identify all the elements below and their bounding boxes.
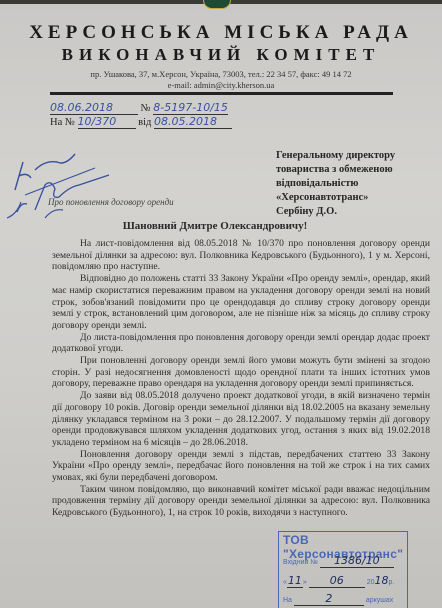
coat-of-arms-emblem [203,0,231,9]
reply-reference: На № 10/370 від 08.05.2018 [50,115,232,129]
recipient-line: товариства з обмеженою [276,163,395,177]
body-paragraph: Таким чином повідомляю, що виконавчий ко… [52,484,430,519]
outgoing-number: 8-5197-10/15 [153,101,228,115]
recipient-line: відповідальністю [276,177,395,191]
body-paragraph: До листа-повідомлення про поновлення дог… [52,332,430,355]
org-name-line1: ХЕРСОНСЬКА МІСЬКА РАДА [0,22,442,44]
outgoing-date: 08.06.2018 [50,101,138,115]
body-paragraph: Відповідно до положень статті 33 Закону … [52,273,430,332]
letterhead-contacts: пр. Ушакова, 37, м.Херсон, Україна, 7300… [0,69,442,91]
body-paragraph: При поновленні договору оренди землі йог… [52,355,430,390]
letter-subject: Про поновлення договору оренди [48,197,174,207]
recipient-line: «Херсонавтотранс» [276,191,395,205]
letter-body: На лист-повідомлення від 08.05.2018 № 10… [52,238,430,519]
outgoing-reference: 08.06.2018 № 8-5197-10/15 [50,101,228,115]
stamp-year-unit: р. [389,579,395,586]
number-label: № [141,103,151,114]
reply-date: 08.05.2018 [154,115,232,129]
body-paragraph: До заяви від 08.05.2018 долучено проект … [52,390,430,449]
body-paragraph: На лист-повідомлення від 08.05.2018 № 10… [52,238,430,273]
recipient-line: Генеральному директору [276,149,395,163]
stamp-year-suffix: 18 [375,574,389,587]
salutation-text: Шановний Дмитре Олександровичу! [90,220,340,232]
body-paragraph: Поновлення договору оренди землі з підст… [52,449,430,484]
stamp-sheets-count: 2 [294,592,364,606]
stamp-year-prefix: 20 [367,579,375,586]
address: пр. Ушакова, 37, м.Херсон, Україна, 7300… [0,69,442,80]
stamp-sheets-row: На 2 аркушах [283,592,393,606]
from-label: від [138,117,151,128]
letterhead-divider [50,92,393,95]
stamp-day: 11 [287,574,303,588]
stamp-incoming-label: Вхідний № [283,559,318,566]
stamp-date-row: «11» 06 2018р. [283,574,394,588]
reply-number: 10/370 [78,115,136,129]
recipient-block: Генеральному директору товариства з обме… [276,149,395,219]
stamp-incoming-number: 1386/10 [320,554,394,568]
handwritten-resolution-icon [5,140,115,220]
reply-label: На № [50,117,75,128]
stamp-sheets-unit: аркушах [366,597,393,604]
recipient-line: Сербіну Д.О. [276,205,395,219]
stamp-incoming-row: Вхідний № 1386/10 [283,554,394,568]
stamp-sheets-label: На [283,597,292,604]
stamp-month: 06 [309,574,365,588]
org-name-line2: ВИКОНАВЧИЙ КОМІТЕТ [0,45,442,65]
salutation: Шановний Дмитре Олександровичу! [0,220,442,232]
email: e-mail: admin@city.kherson.ua [0,80,442,91]
incoming-registration-stamp: ТОВ "Херсонавтотранс" Вхідний № 1386/10 … [278,531,408,608]
